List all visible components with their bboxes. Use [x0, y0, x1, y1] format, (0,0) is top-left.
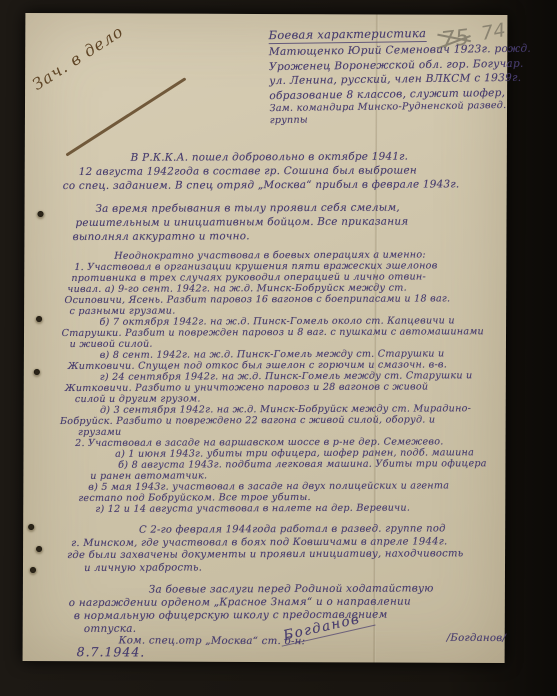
margin-note-underline	[65, 77, 186, 156]
punch-hole	[30, 567, 36, 573]
document-body: В Р.К.К.А. пошел добровольно в октябре 1…	[59, 149, 507, 636]
document-paper: Зач. в дело 75 74 Боевая характеристика …	[23, 13, 508, 663]
doc-line: где были захвачены документы и проявил и…	[59, 548, 505, 562]
paragraph-conduct: За время пребывания в тылу проявил себя …	[60, 200, 506, 244]
punch-hole	[28, 524, 34, 530]
punch-hole	[38, 211, 44, 217]
doc-line: выполнял аккуратно и точно.	[61, 228, 507, 244]
scan-background: { "annotations": { "margin_note": "Зач. …	[0, 0, 557, 696]
paragraph-service-start: В Р.К.К.А. пошел добровольно в октябре 1…	[61, 149, 507, 193]
paragraph-operations-list: Неоднократно участвовал в боевых операци…	[59, 249, 506, 515]
doc-line: б) 8 августа 1943г. подбита легковая маш…	[60, 458, 506, 471]
punch-hole	[36, 546, 42, 552]
document-date: 8.7.1944.	[77, 644, 146, 659]
doc-line: Осиповичи, Ясень. Разбит паровоз 16 ваго…	[59, 293, 505, 306]
archival-margin-note: Зач. в дело	[29, 0, 182, 94]
document-header: Боевая характеристика Матющенко Юрий Сем…	[269, 25, 506, 127]
signature-name: /Богданов/	[447, 633, 506, 644]
doc-line: и личную храбрость.	[59, 561, 505, 575]
punch-hole	[36, 316, 42, 322]
punch-hole	[34, 369, 40, 375]
doc-line: со спец. заданием. В спец отряд „Москва“…	[61, 177, 507, 193]
header-line-position-cont: группы	[270, 112, 506, 127]
document-title: Боевая характеристика	[269, 25, 505, 42]
paragraph-recon-group: С 2-го февраля 1944года работал в развед…	[59, 523, 505, 575]
signature-title: Ком. спец.отр „Москва“ ст. б-н:	[119, 635, 306, 647]
doc-line: Старушки. Разбит и поврежден паровоз и 8…	[60, 326, 506, 339]
doc-line: г) 12 и 14 августа участвовал в налете н…	[60, 502, 506, 515]
doc-line: С 2-го февраля 1944года работал в развед…	[59, 523, 505, 537]
